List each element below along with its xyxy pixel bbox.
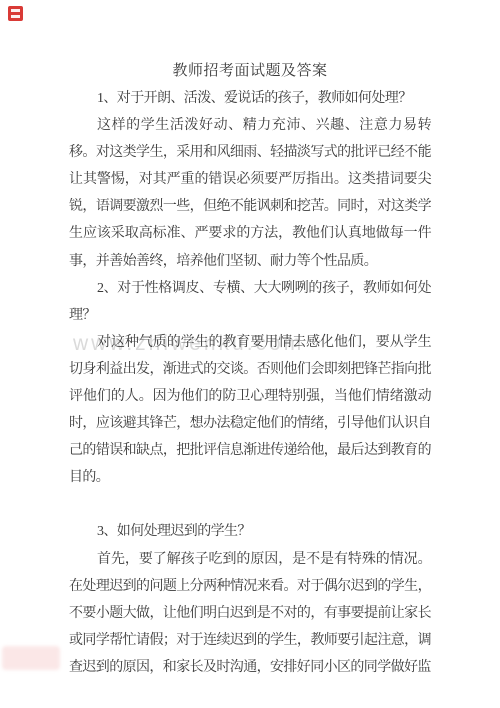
question-paragraph-1: 1、对于开朗、活泼、爱说话的孩子，教师如何处理？ bbox=[69, 85, 431, 112]
red-stamp-icon bbox=[8, 6, 23, 21]
page-title: 教师招考面试题及答案 bbox=[69, 58, 431, 85]
document-page: www.zhiwenku.com 教师招考面试题及答案 1、对于开朗、活泼、爱说… bbox=[0, 0, 500, 708]
answer-paragraph-2: 对这种气质的学生的教育要用情去感化他们，要从学生切身利益出发，渐进式的交谈。否则… bbox=[69, 329, 431, 492]
question-paragraph-3: 3、如何处理迟到的学生？ bbox=[69, 518, 431, 545]
document-body: 教师招考面试题及答案 1、对于开朗、活泼、爱说话的孩子，教师如何处理？ 这样的学… bbox=[69, 58, 431, 681]
answer-paragraph-1: 这样的学生活泼好动、精力充沛、兴趣、注意力易转移。对这类学生，采用和风细雨、轻描… bbox=[69, 112, 431, 275]
pink-logo-watermark bbox=[2, 646, 60, 670]
question-paragraph-2: 2、对于性格调皮、专横、大大咧咧的孩子，教师如何处理？ bbox=[69, 275, 431, 329]
answer-paragraph-3: 首先，要了解孩子吃到的原因，是不是有特殊的情况。在处理迟到的问题上分两种情况来看… bbox=[69, 546, 431, 681]
